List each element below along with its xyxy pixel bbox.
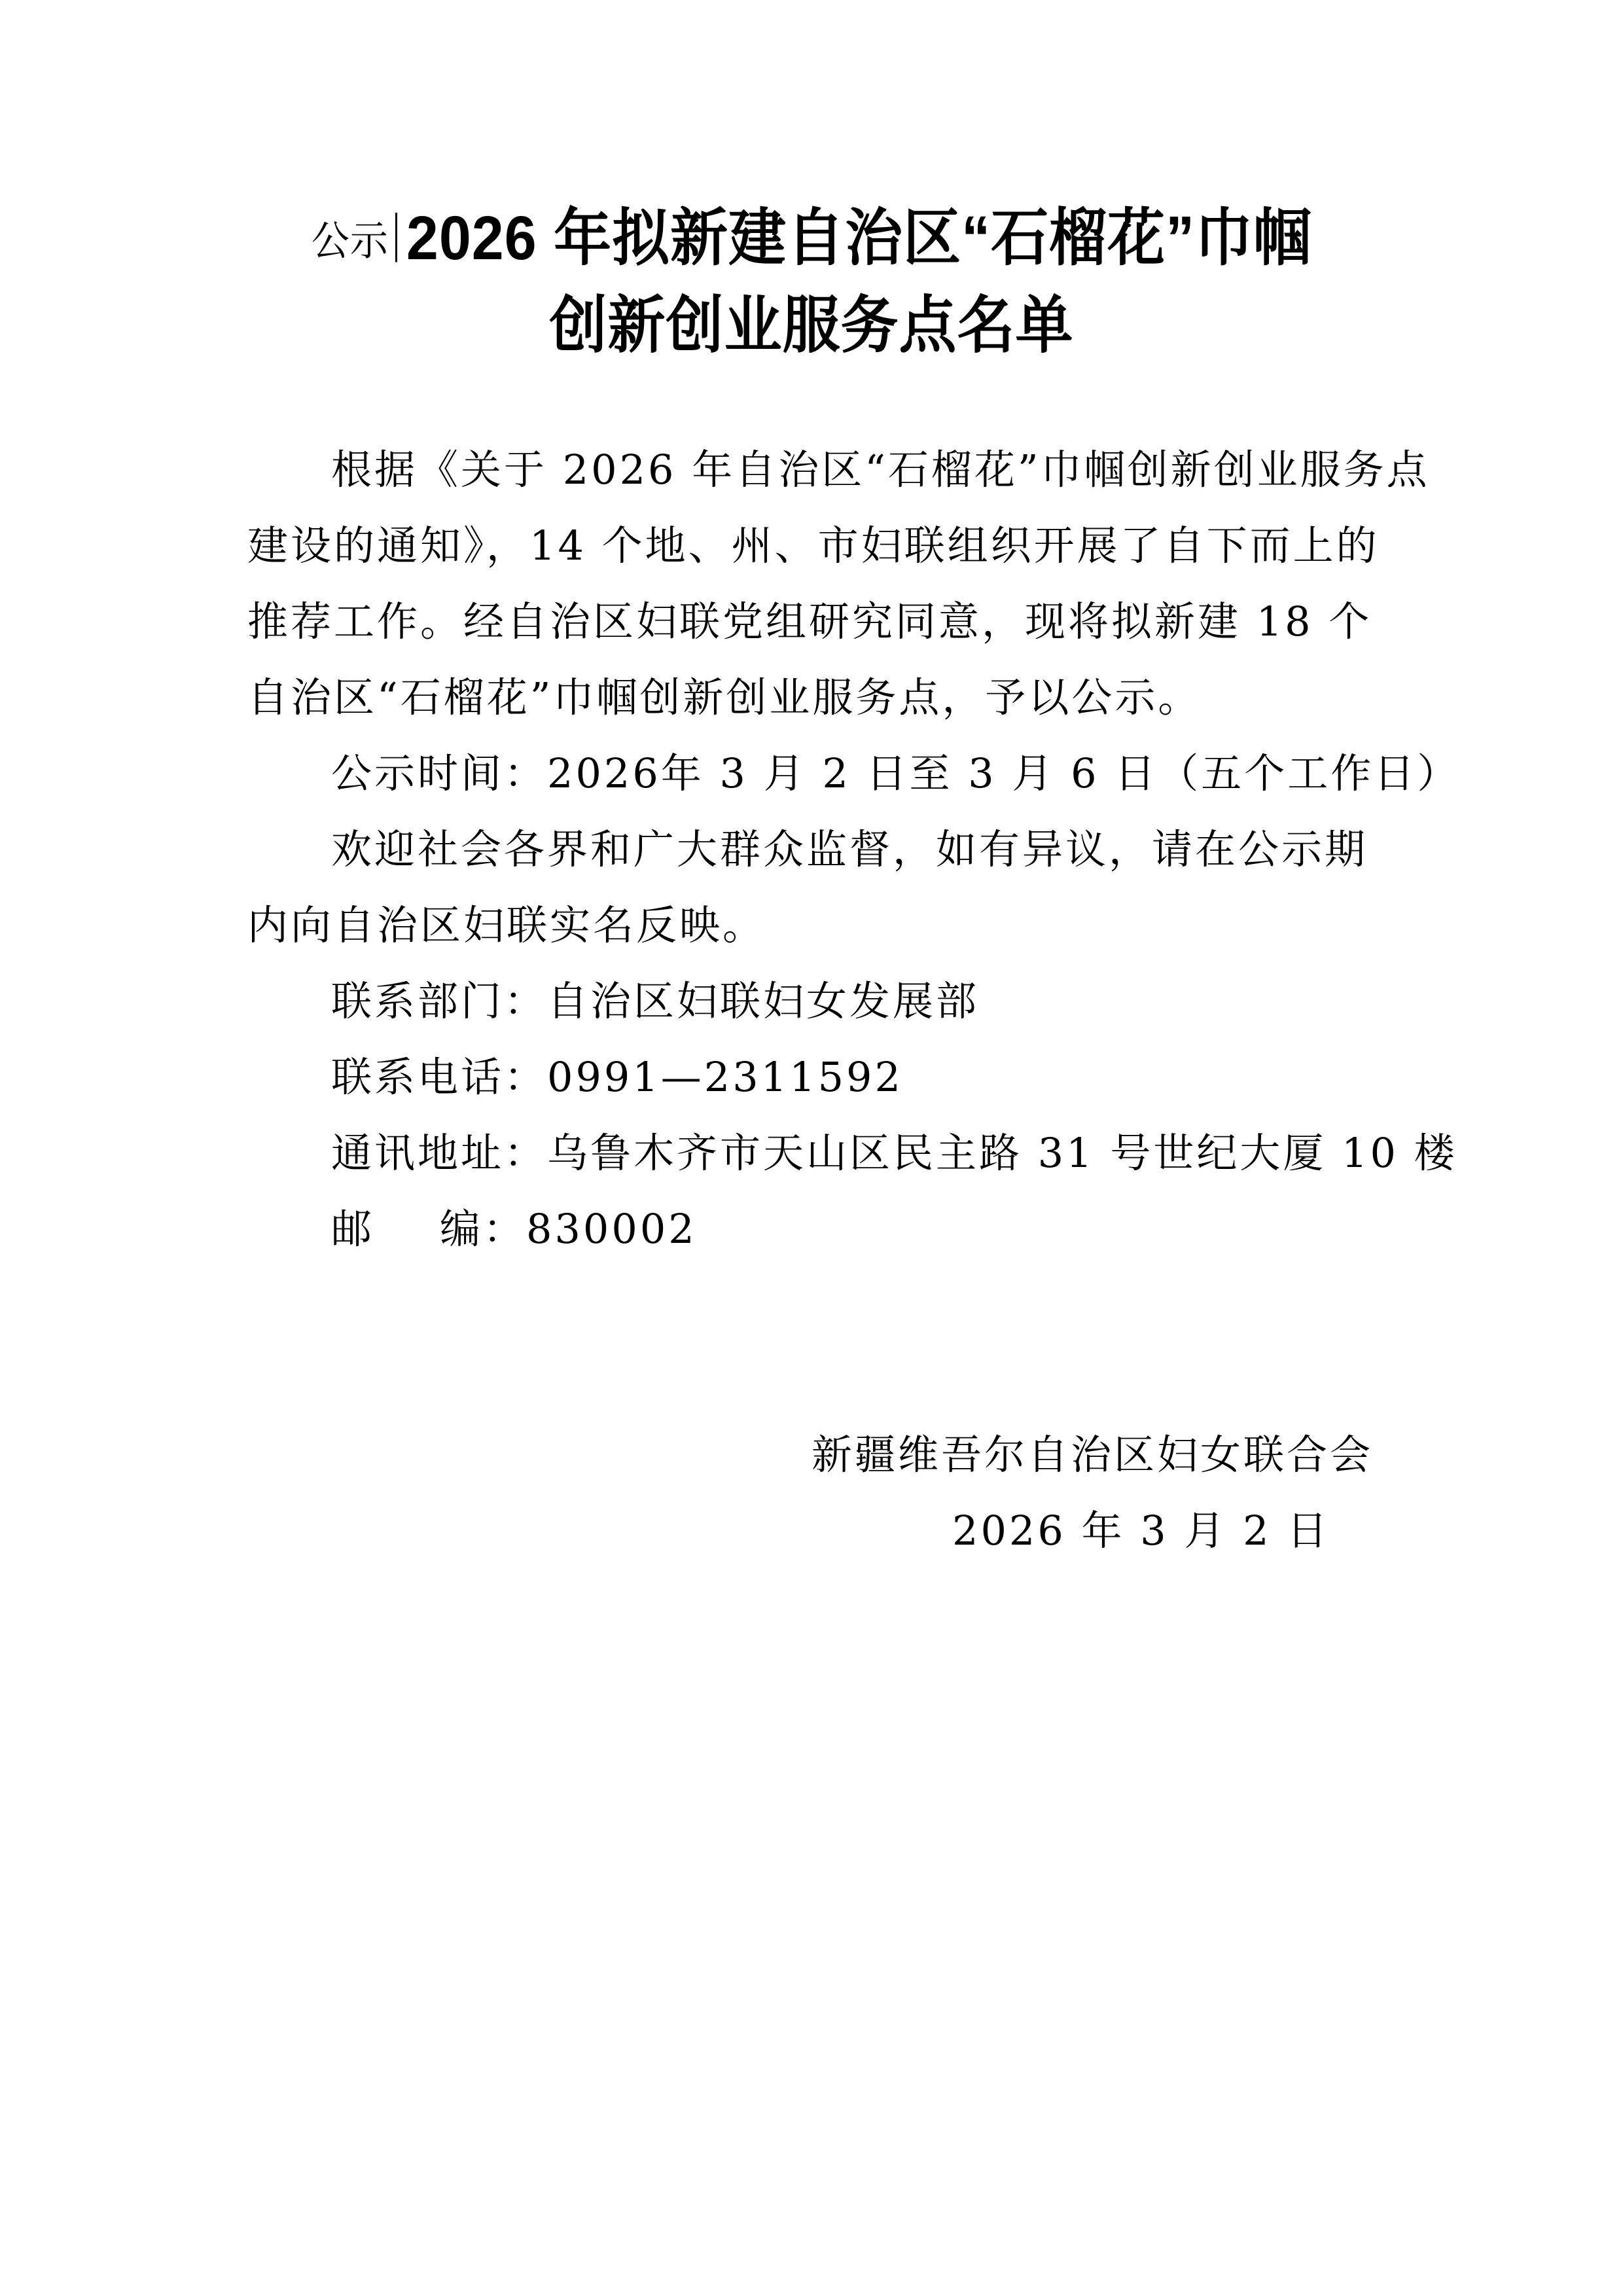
contact-postcode-label-2: 编： [440,1205,526,1253]
contact-phone-label: 联系电话： [331,1053,547,1101]
document-page: 公示2026 年拟新建自治区“石榴花”巾帼 创新创业服务点名单 根据《关于 20… [0,0,1623,2296]
contact-address: 通讯地址：乌鲁木齐市天山区民主路 31 号世纪大厦 10 楼 [247,1115,1366,1191]
intro-paragraph: 根据《关于 2026 年自治区“石榴花”巾帼创新创业服务点 建设的通知》，14 … [247,432,1366,736]
title-line-2: 创新创业服务点名单 [249,280,1374,370]
contact-address-line: 通讯地址：乌鲁木齐市天山区民主路 31 号世纪大厦 10 楼 [247,1115,1366,1191]
contact-postcode-line: 邮编：830002 [247,1191,1366,1267]
intro-line-2: 建设的通知》，14 个地、州、市妇联组织开展了自下而上的 [247,508,1366,584]
publicity-period-value: 2026年 3 月 2 日至 3 月 6 日（五个工作日） [547,749,1460,797]
document-title: 公示2026 年拟新建自治区“石榴花”巾帼 创新创业服务点名单 [249,196,1374,367]
supervision-line-2: 内向自治区妇联实名反映。 [247,888,1366,963]
supervision-line-1: 欢迎社会各界和广大群众监督，如有异议，请在公示期 [247,812,1366,888]
document-body: 根据《关于 2026 年自治区“石榴花”巾帼创新创业服务点 建设的通知》，14 … [247,432,1366,1267]
contact-phone-line: 联系电话：0991—2311592 [247,1039,1366,1115]
contact-department-value: 自治区妇联妇女发展部 [547,977,979,1025]
contact-phone: 联系电话：0991—2311592 [247,1039,1366,1115]
title-main-1: 2026 年拟新建自治区“石榴花”巾帼 [406,203,1311,273]
intro-line-1: 根据《关于 2026 年自治区“石榴花”巾帼创新创业服务点 [247,432,1366,508]
signature-date: 2026 年 3 月 2 日 [811,1493,1374,1569]
publicity-period-label: 公示时间： [331,749,547,797]
contact-postcode-value: 830002 [526,1205,697,1253]
contact-address-value: 乌鲁木齐市天山区民主路 31 号世纪大厦 10 楼 [547,1129,1457,1177]
contact-address-label: 通讯地址： [331,1129,547,1177]
contact-phone-value: 0991—2311592 [547,1053,903,1101]
contact-department-label: 联系部门： [331,977,547,1025]
title-line-1: 公示2026 年拟新建自治区“石榴花”巾帼 [249,193,1374,287]
title-separator [395,213,397,262]
intro-line-3: 推荐工作。经自治区妇联党组研究同意，现将拟新建 18 个 [247,584,1366,660]
title-prefix: 公示 [312,219,389,264]
contact-postcode: 邮编：830002 [247,1191,1366,1267]
signature-block: 新疆维吾尔自治区妇女联合会 2026 年 3 月 2 日 [811,1417,1374,1569]
contact-department-line: 联系部门：自治区妇联妇女发展部 [247,963,1366,1039]
signature-organization: 新疆维吾尔自治区妇女联合会 [811,1417,1374,1493]
contact-postcode-label-1: 邮 [331,1191,374,1267]
publicity-period: 公示时间：2026年 3 月 2 日至 3 月 6 日（五个工作日） [247,736,1366,812]
intro-line-4: 自治区“石榴花”巾帼创新创业服务点，予以公示。 [247,660,1366,736]
publicity-period-line: 公示时间：2026年 3 月 2 日至 3 月 6 日（五个工作日） [247,736,1366,812]
supervision-paragraph: 欢迎社会各界和广大群众监督，如有异议，请在公示期 内向自治区妇联实名反映。 [247,812,1366,963]
contact-department: 联系部门：自治区妇联妇女发展部 [247,963,1366,1039]
